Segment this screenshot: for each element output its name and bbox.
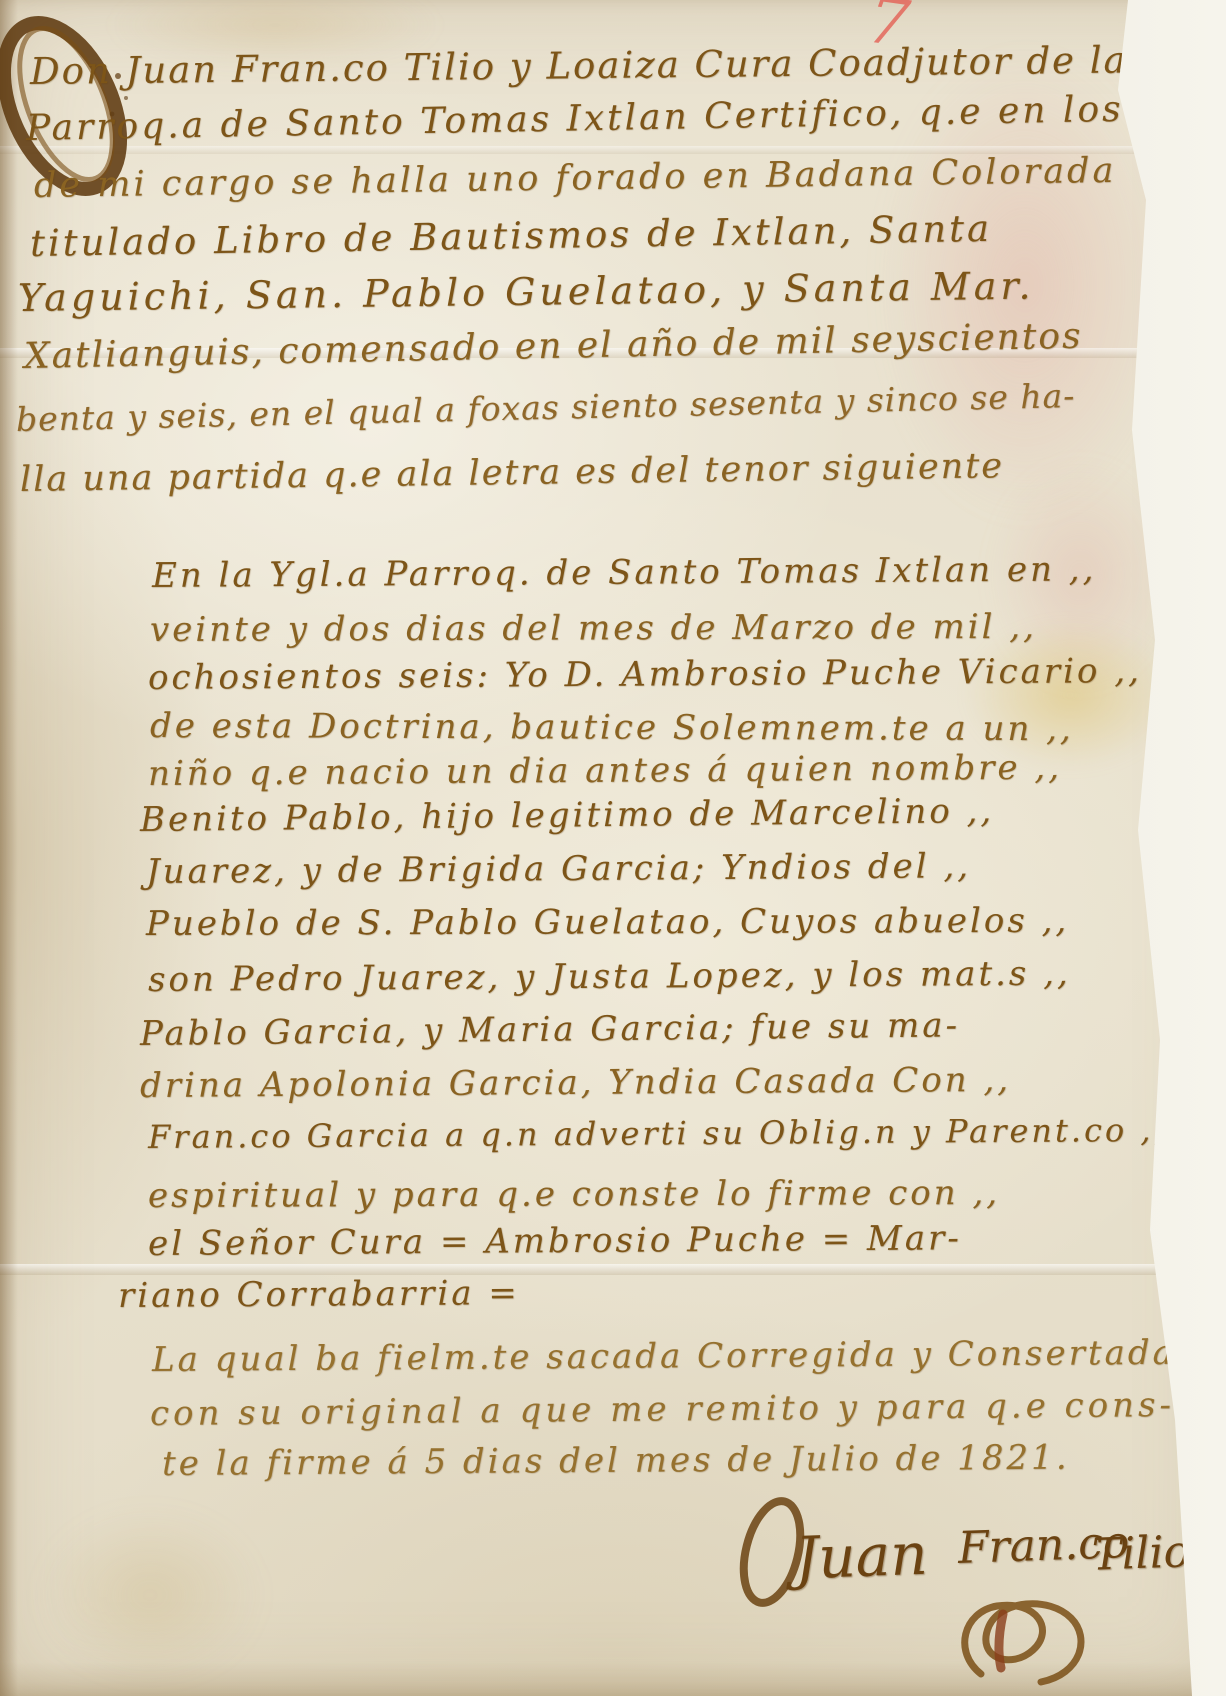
paper-sheet: 7 Don Juan Fran.co Tilio y Loaiza Cura C…: [0, 0, 1226, 1696]
manuscript-line: Xatlianguis, comensado en el año de mil …: [24, 316, 1083, 377]
yellow-stain-bottom: [40, 1510, 260, 1680]
manuscript-page: 7 Don Juan Fran.co Tilio y Loaiza Cura C…: [0, 0, 1226, 1696]
manuscript-line: ochosientos seis: Yo D. Ambrosio Puche V…: [148, 651, 1142, 698]
manuscript-line: niño q.e nacio un dia antes á quien nomb…: [148, 748, 1062, 794]
manuscript-line: lla una partida q.e ala letra es del ten…: [20, 446, 1005, 500]
manuscript-line: Yaguichi, San. Pablo Guelatao, y Santa M…: [18, 264, 1035, 320]
signature-surname: Tilio: [1091, 1526, 1191, 1580]
manuscript-line: riano Corrabarria =: [118, 1273, 520, 1316]
manuscript-line: titulado Libro de Bautismos de Ixtlan, S…: [30, 207, 993, 265]
manuscript-line: el Señor Cura = Ambrosio Puche = Mar-: [148, 1218, 962, 1264]
signature-first-name: Juan: [794, 1520, 929, 1593]
manuscript-line: Fran.co Garcia a q.n adverti su Oblig.n …: [148, 1111, 1167, 1156]
manuscript-line: veinte y dos dias del mes de Marzo de mi…: [150, 607, 1037, 650]
fold-crease-lower: [0, 1264, 1226, 1275]
manuscript-line: te la firme á 5 dias del mes de Julio de…: [162, 1438, 1070, 1484]
manuscript-line: Benito Pablo, hijo legitimo de Marcelino…: [140, 791, 995, 840]
manuscript-line: espiritual y para q.e conste lo firme co…: [148, 1173, 1000, 1216]
manuscript-line: benta y seis, en el qual a foxas siento …: [16, 376, 1076, 439]
manuscript-line: Pueblo de S. Pablo Guelatao, Cuyos abuel…: [146, 901, 1069, 944]
manuscript-line: Don Juan Fran.co Tilio y Loaiza Cura Coa…: [30, 39, 1128, 93]
left-edge-shadow: [0, 0, 18, 1696]
manuscript-line: de esta Doctrina, bautice Solemnem.te a …: [150, 706, 1074, 749]
manuscript-line: Parroq.a de Santo Tomas Ixtlan Certifico…: [26, 88, 1180, 149]
manuscript-line: drina Apolonia Garcia, Yndia Casada Con …: [140, 1060, 1011, 1106]
manuscript-line: de mi cargo se halla uno forado en Badan…: [34, 151, 1117, 206]
manuscript-line: son Pedro Juarez, y Justa Lopez, y los m…: [148, 954, 1071, 1000]
bottom-edge-shadow: [0, 1662, 1226, 1696]
manuscript-line: En la Ygl.a Parroq. de Santo Tomas Ixtla…: [152, 549, 1097, 596]
manuscript-line: Pablo Garcia, y Maria Garcia; fue su ma-: [140, 1005, 960, 1054]
manuscript-line: La qual ba fielm.te sacada Corregida y C…: [152, 1333, 1176, 1380]
manuscript-line: Juarez, y de Brigida Garcia; Yndios del …: [146, 846, 971, 892]
manuscript-line: con su original a que me remito y para q…: [150, 1385, 1175, 1434]
